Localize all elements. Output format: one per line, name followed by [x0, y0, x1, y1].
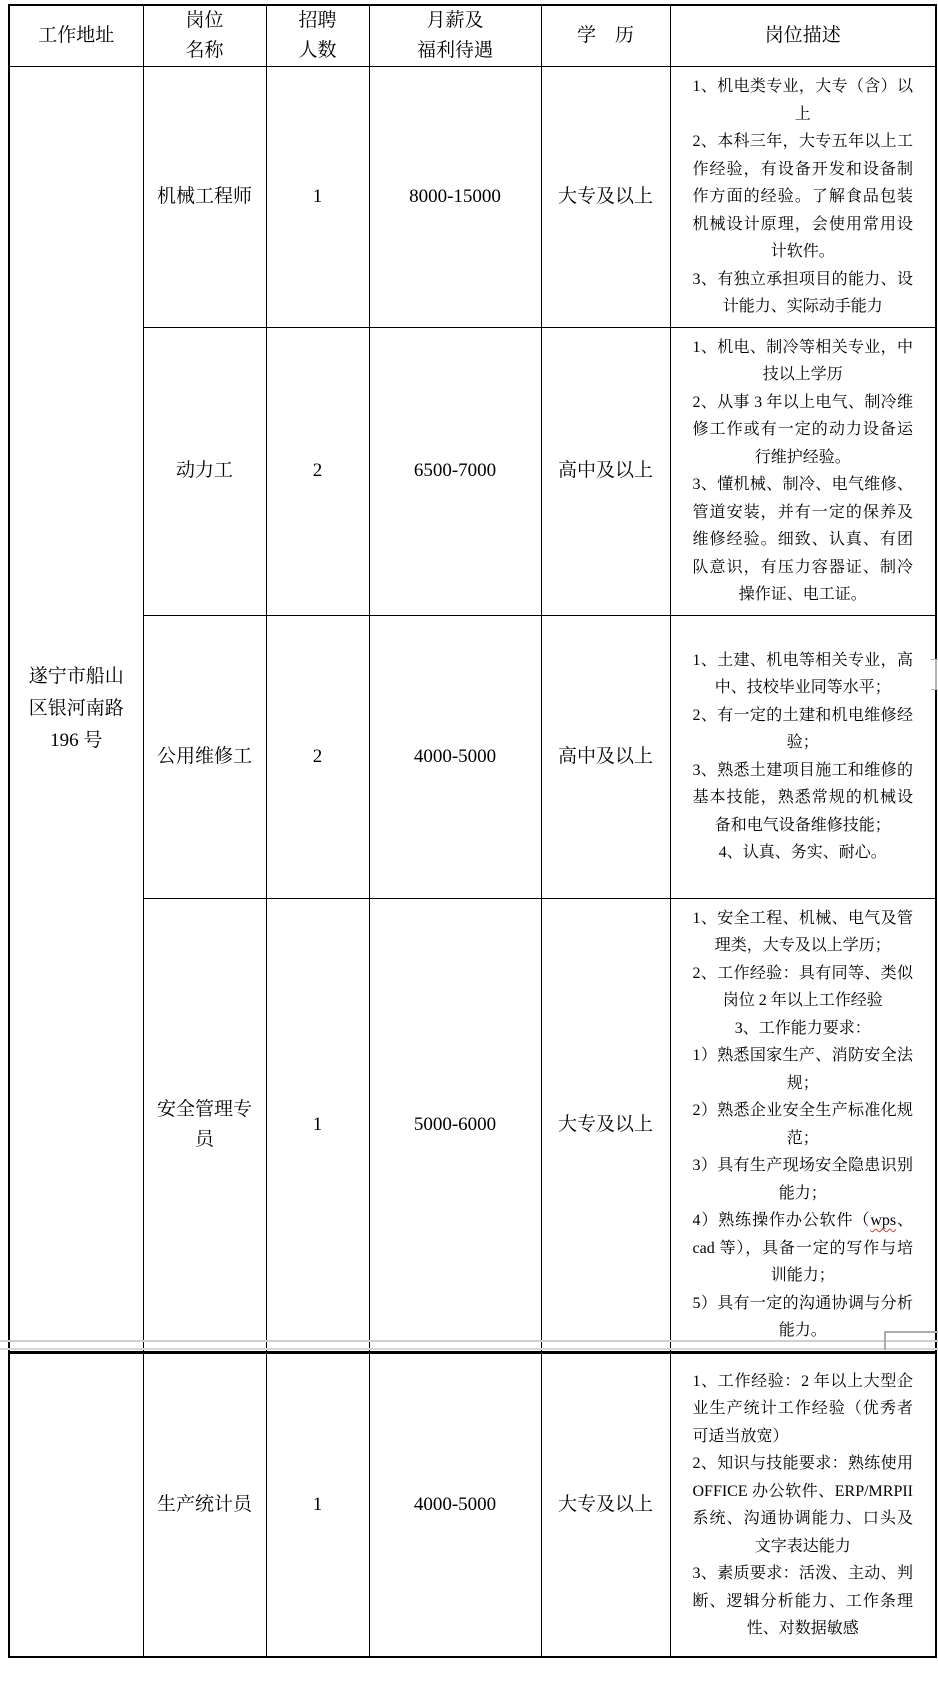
description-paragraph: 2、有一定的土建和机电维修经验； — [693, 702, 914, 757]
cell-headcount: 1 — [266, 67, 369, 328]
border-notch-line — [935, 660, 937, 690]
border-notch-tick-top — [931, 659, 938, 660]
header-cell-count: 招聘 人数 — [266, 5, 369, 67]
cell-position-name: 机械工程师 — [143, 67, 266, 328]
cell-salary: 6500-7000 — [369, 327, 541, 615]
table-body-continued: 生产统计员14000-5000大专及以上1、工作经验：2 年以上大型企业生产统计… — [9, 1353, 936, 1657]
cell-job-description: 1、土建、机电等相关专业，高中、技校毕业同等水平；2、有一定的土建和机电维修经验… — [670, 615, 936, 898]
cell-job-description: 1、安全工程、机械、电气及管理类，大专及以上学历；2、工作经验：具有同等、类似岗… — [670, 898, 936, 1352]
table-header: 工作地址岗位 名称招聘 人数月薪及 福利待遇学 历岗位描述 — [9, 5, 936, 67]
description-paragraph: 1、机电类专业，大专（含）以上 — [693, 73, 914, 128]
document-canvas: 工作地址岗位 名称招聘 人数月薪及 福利待遇学 历岗位描述 遂宁市船山区银河南路… — [0, 0, 938, 1705]
header-cell-description: 岗位描述 — [670, 5, 936, 67]
cell-position-name: 安全管理专员 — [143, 898, 266, 1352]
cell-position-name: 动力工 — [143, 327, 266, 615]
header-cell-education: 学 历 — [541, 5, 670, 67]
cell-job-description: 1、机电、制冷等相关专业，中技以上学历2、从事 3 年以上电气、制冷维修工作或有… — [670, 327, 936, 615]
cell-salary: 4000-5000 — [369, 615, 541, 898]
table-split-corner-line — [884, 1331, 938, 1333]
cell-job-description: 1、机电类专业，大专（含）以上2、本科三年，大专五年以上工作经验，有设备开发和设… — [670, 67, 936, 328]
cell-headcount: 1 — [266, 898, 369, 1352]
table-row: 生产统计员14000-5000大专及以上1、工作经验：2 年以上大型企业生产统计… — [9, 1353, 936, 1657]
job-table-main: 工作地址岗位 名称招聘 人数月薪及 福利待遇学 历岗位描述 遂宁市船山区银河南路… — [8, 4, 937, 1353]
table-split-vertical-line — [884, 1333, 886, 1350]
misspelled-word: wps — [870, 1212, 896, 1229]
table-row: 公用维修工24000-5000高中及以上1、土建、机电等相关专业，高中、技校毕业… — [9, 615, 936, 898]
cell-position-name: 生产统计员 — [143, 1353, 266, 1657]
cell-work-address: 遂宁市船山区银河南路196 号 — [9, 67, 143, 1352]
header-cell-position: 岗位 名称 — [143, 5, 266, 67]
cell-education: 大专及以上 — [541, 67, 670, 328]
table-row: 安全管理专员15000-6000大专及以上1、安全工程、机械、电气及管理类，大专… — [9, 898, 936, 1352]
description-paragraph: 2、工作经验：具有同等、类似岗位 2 年以上工作经验 — [693, 960, 914, 1015]
cell-job-description: 1、工作经验：2 年以上大型企业生产统计工作经验（优秀者可适当放宽）2、知识与技… — [670, 1353, 936, 1657]
description-paragraph: 5）具有一定的沟通协调与分析能力。 — [693, 1290, 914, 1345]
description-paragraph: 1、土建、机电等相关专业，高中、技校毕业同等水平； — [693, 647, 914, 702]
cell-salary: 8000-15000 — [369, 67, 541, 328]
table-body-main: 遂宁市船山区银河南路196 号机械工程师18000-15000大专及以上1、机电… — [9, 67, 936, 1352]
job-table-continued: 生产统计员14000-5000大专及以上1、工作经验：2 年以上大型企业生产统计… — [8, 1352, 937, 1658]
description-paragraph: 3、工作能力要求： — [693, 1015, 914, 1043]
description-paragraph: 2）熟悉企业安全生产标准化规范； — [693, 1097, 914, 1152]
description-paragraph: 3、懂机械、制冷、电气维修、管道安装，并有一定的保养及维修经验。细致、认真、有团… — [693, 471, 914, 609]
description-paragraph: 1、工作经验：2 年以上大型企业生产统计工作经验（优秀者可适当放宽） — [693, 1368, 914, 1451]
header-cell-salary: 月薪及 福利待遇 — [369, 5, 541, 67]
description-paragraph: 3、素质要求：活泼、主动、判断、逻辑分析能力、工作条理性、对数据敏感 — [693, 1560, 914, 1643]
cell-education: 高中及以上 — [541, 615, 670, 898]
cell-salary: 5000-6000 — [369, 898, 541, 1352]
cell-headcount: 1 — [266, 1353, 369, 1657]
table-split-line-bottom — [0, 1348, 938, 1350]
description-paragraph: 1、机电、制冷等相关专业，中技以上学历 — [693, 334, 914, 389]
cell-headcount: 2 — [266, 327, 369, 615]
description-paragraph: 1、安全工程、机械、电气及管理类，大专及以上学历； — [693, 905, 914, 960]
cell-education: 大专及以上 — [541, 1353, 670, 1657]
description-paragraph: 3、有独立承担项目的能力、设计能力、实际动手能力 — [693, 266, 914, 321]
cell-work-address — [9, 1353, 143, 1657]
description-paragraph: 1）熟悉国家生产、消防安全法规； — [693, 1042, 914, 1097]
description-paragraph: 2、本科三年，大专五年以上工作经验，有设备开发和设备制作方面的经验。了解食品包装… — [693, 128, 914, 266]
table-row: 动力工26500-7000高中及以上1、机电、制冷等相关专业，中技以上学历2、从… — [9, 327, 936, 615]
table-split-line-top — [0, 1340, 938, 1342]
description-paragraph: 2、从事 3 年以上电气、制冷维修工作或有一定的动力设备运行维护经验。 — [693, 389, 914, 472]
cell-position-name: 公用维修工 — [143, 615, 266, 898]
description-paragraph: 2、知识与技能要求：熟练使用 OFFICE 办公软件、ERP/MRPII 系统、… — [693, 1450, 914, 1560]
cell-salary: 4000-5000 — [369, 1353, 541, 1657]
description-paragraph: 4）熟练操作办公软件（wps、cad 等），具备一定的写作与培训能力； — [693, 1207, 914, 1290]
cell-education: 高中及以上 — [541, 327, 670, 615]
cell-headcount: 2 — [266, 615, 369, 898]
header-row: 工作地址岗位 名称招聘 人数月薪及 福利待遇学 历岗位描述 — [9, 5, 936, 67]
header-cell-address: 工作地址 — [9, 5, 143, 67]
description-paragraph: 4、认真、务实、耐心。 — [693, 839, 914, 867]
table-row: 遂宁市船山区银河南路196 号机械工程师18000-15000大专及以上1、机电… — [9, 67, 936, 328]
description-paragraph: 3、熟悉土建项目施工和维修的基本技能，熟悉常规的机械设备和电气设备维修技能； — [693, 757, 914, 840]
cell-education: 大专及以上 — [541, 898, 670, 1352]
description-paragraph: 3）具有生产现场安全隐患识别能力； — [693, 1152, 914, 1207]
border-notch-tick-bottom — [931, 689, 938, 690]
